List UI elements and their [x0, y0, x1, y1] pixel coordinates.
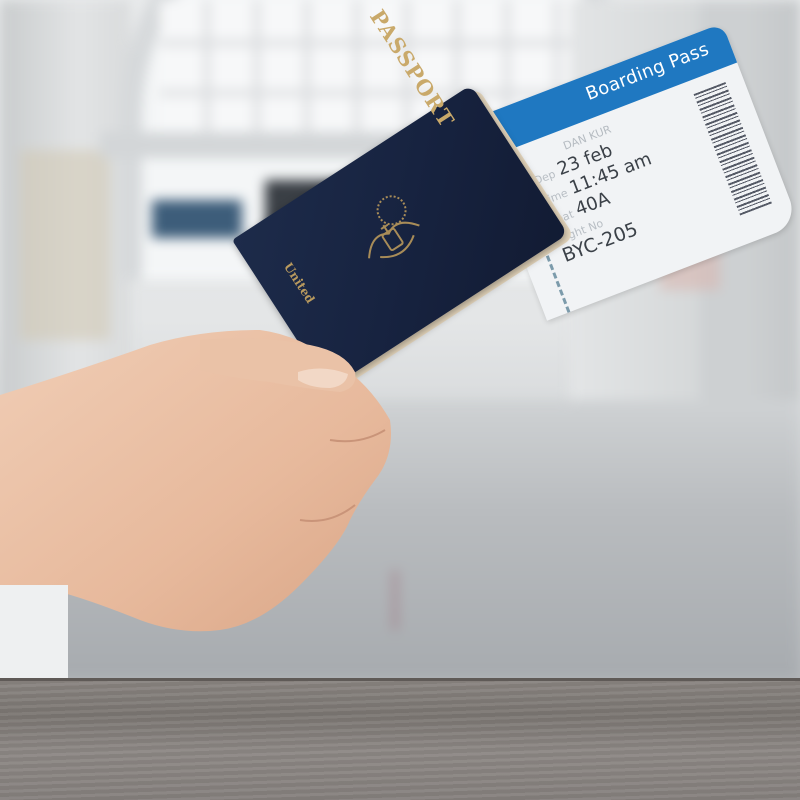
- passport-country: United: [281, 260, 317, 306]
- floor-marker: [392, 570, 398, 630]
- wooden-counter: [0, 678, 800, 800]
- info-screen: [152, 200, 242, 238]
- photo-scene: Boarding Pass DAN KUR Dep 23 feb Time 11…: [0, 0, 800, 800]
- left-wall-panel: [20, 150, 110, 340]
- shirt-sleeve: [0, 585, 68, 680]
- terminal-floor: [0, 400, 800, 680]
- eagle-emblem-icon: [333, 178, 444, 289]
- counter-edge: [0, 678, 800, 681]
